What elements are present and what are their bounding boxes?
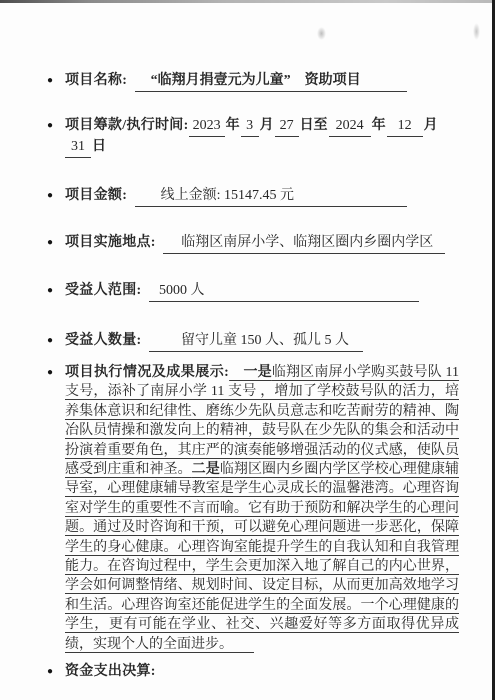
lead-gap xyxy=(229,365,243,380)
field-row-beneficiary-count: ● 受益人数量: 留守儿童 150 人、孤儿 5 人 xyxy=(47,331,459,352)
field-content: 项目名称: “临翔月捐壹元为儿童” 资助项目 xyxy=(65,71,459,92)
field-content: 项目金额: 线上金额: 15147.45 元 xyxy=(65,186,459,207)
beneficiary-count-label: 受益人数量: xyxy=(65,333,141,348)
location-label: 项目实施地点: xyxy=(65,235,156,250)
amount-value: 线上金额: 15147.45 元 xyxy=(135,186,407,207)
day-unit-label: 日 xyxy=(91,139,107,154)
field-row-location: ● 项目实施地点: 临翔区南屏小学、临翔区圈内乡圈内学区 xyxy=(47,233,459,254)
month-unit-label: 月 xyxy=(423,118,439,133)
start-year-value: 2023 xyxy=(189,116,225,137)
beneficiary-scope-label: 受益人范围: xyxy=(65,283,141,298)
bullet-icon: ● xyxy=(47,71,65,91)
scan-smudge xyxy=(473,23,480,40)
execution-part1-text: 临翔区南屏小学购买鼓号队 11 支号，添补了南屏小学 11 支号 ，增加了学校鼓… xyxy=(65,365,459,477)
end-day-value: 31 xyxy=(65,137,91,158)
scan-top-edge xyxy=(0,0,495,3)
field-content: 受益人数量: 留守儿童 150 人、孤儿 5 人 xyxy=(65,331,459,352)
field-row-budget: ● 资金支出决算: xyxy=(47,662,459,682)
funding-time-label: 项目筹款/执行时间: xyxy=(65,118,189,133)
start-day-value: 27 xyxy=(275,116,299,137)
field-row-execution-results: ● 项目执行情况及成果展示: 一是临翔区南屏小学购买鼓号队 11 支号，添补了南… xyxy=(47,363,459,654)
execution-part1-marker: 一是 xyxy=(243,365,271,380)
bullet-icon: ● xyxy=(47,331,65,351)
tail-gap xyxy=(226,637,254,652)
document-body: ● 项目名称: “临翔月捐壹元为儿童” 资助项目 ● 项目筹款/执行时间:202… xyxy=(0,71,495,682)
year-unit-label: 年 xyxy=(371,118,387,133)
bullet-icon: ● xyxy=(47,233,65,253)
field-content: 项目实施地点: 临翔区南屏小学、临翔区圈内乡圈内学区 xyxy=(65,233,459,254)
beneficiary-scope-value: 5000 人 xyxy=(149,281,419,302)
field-content: 项目筹款/执行时间:2023年3月27日至2024年12月31日 xyxy=(65,116,459,158)
end-year-value: 2024 xyxy=(329,116,371,137)
start-month-value: 3 xyxy=(241,116,259,137)
execution-text: 一是临翔区南屏小学购买鼓号队 11 支号，添补了南屏小学 11 支号 ，增加了学… xyxy=(65,365,459,652)
project-name-label: 项目名称: xyxy=(65,73,127,88)
execution-part2-text: 临翔区圈内乡圈内学区学校心理健康辅导室，心理健康辅导教室是学生心灵成长的温馨港湾… xyxy=(65,462,459,652)
end-month-value: 12 xyxy=(387,116,423,137)
field-row-beneficiary-scope: ● 受益人范围: 5000 人 xyxy=(47,281,459,302)
beneficiary-count-value: 留守儿童 150 人、孤儿 5 人 xyxy=(149,331,363,352)
execution-part2-marker: 二是 xyxy=(192,462,220,477)
bullet-icon: ● xyxy=(47,363,65,383)
scan-smudge xyxy=(317,27,326,40)
field-content: 资金支出决算: xyxy=(65,662,459,682)
amount-label: 项目金额: xyxy=(65,188,127,203)
field-content: 受益人范围: 5000 人 xyxy=(65,281,459,302)
field-row-funding-time: ● 项目筹款/执行时间:2023年3月27日至2024年12月31日 xyxy=(47,116,459,158)
scanned-document-page: ● 项目名称: “临翔月捐壹元为儿童” 资助项目 ● 项目筹款/执行时间:202… xyxy=(0,0,495,700)
execution-paragraph: 项目执行情况及成果展示: 一是临翔区南屏小学购买鼓号队 11 支号，添补了南屏小… xyxy=(65,363,459,654)
bullet-icon: ● xyxy=(47,116,65,136)
field-row-amount: ● 项目金额: 线上金额: 15147.45 元 xyxy=(47,186,459,207)
day-to-label: 日至 xyxy=(299,118,329,133)
field-row-project-name: ● 项目名称: “临翔月捐壹元为儿童” 资助项目 xyxy=(47,71,459,92)
execution-label: 项目执行情况及成果展示: xyxy=(65,365,229,380)
project-name-value: “临翔月捐壹元为儿童” 资助项目 xyxy=(135,71,407,92)
bullet-icon: ● xyxy=(47,662,65,682)
bullet-icon: ● xyxy=(47,186,65,206)
year-unit-label: 年 xyxy=(225,118,241,133)
month-unit-label: 月 xyxy=(259,118,275,133)
location-value: 临翔区南屏小学、临翔区圈内乡圈内学区 xyxy=(163,233,445,254)
budget-label: 资金支出决算: xyxy=(65,664,156,679)
bullet-icon: ● xyxy=(47,281,65,301)
